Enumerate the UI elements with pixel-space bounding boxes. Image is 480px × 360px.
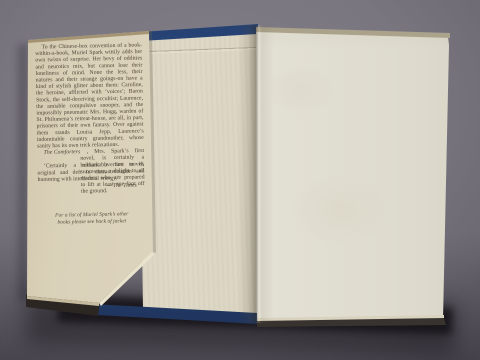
- flap-paragraph-2: The Comforters, Mrs. Spark’s first novel…: [37, 148, 144, 157]
- flap-paragraph-1: To the Chinese-box convention of a book-…: [35, 42, 144, 150]
- flap-edge-shadow: [18, 44, 28, 300]
- book-gutter: [238, 25, 274, 323]
- flap-paragraph-2-rest: , Mrs. Spark’s first novel, is certainly…: [80, 148, 145, 195]
- flap-blurb-text: To the Chinese-box convention of a book-…: [35, 42, 145, 226]
- flap-blurb-block: To the Chinese-box convention of a book-…: [35, 44, 143, 280]
- flap-back-note: For a list of Muriel Spark’s other books…: [49, 211, 134, 226]
- book-title-italic: The Comforters: [44, 149, 81, 156]
- photo-of-open-book: To the Chinese-box convention of a book-…: [0, 0, 480, 360]
